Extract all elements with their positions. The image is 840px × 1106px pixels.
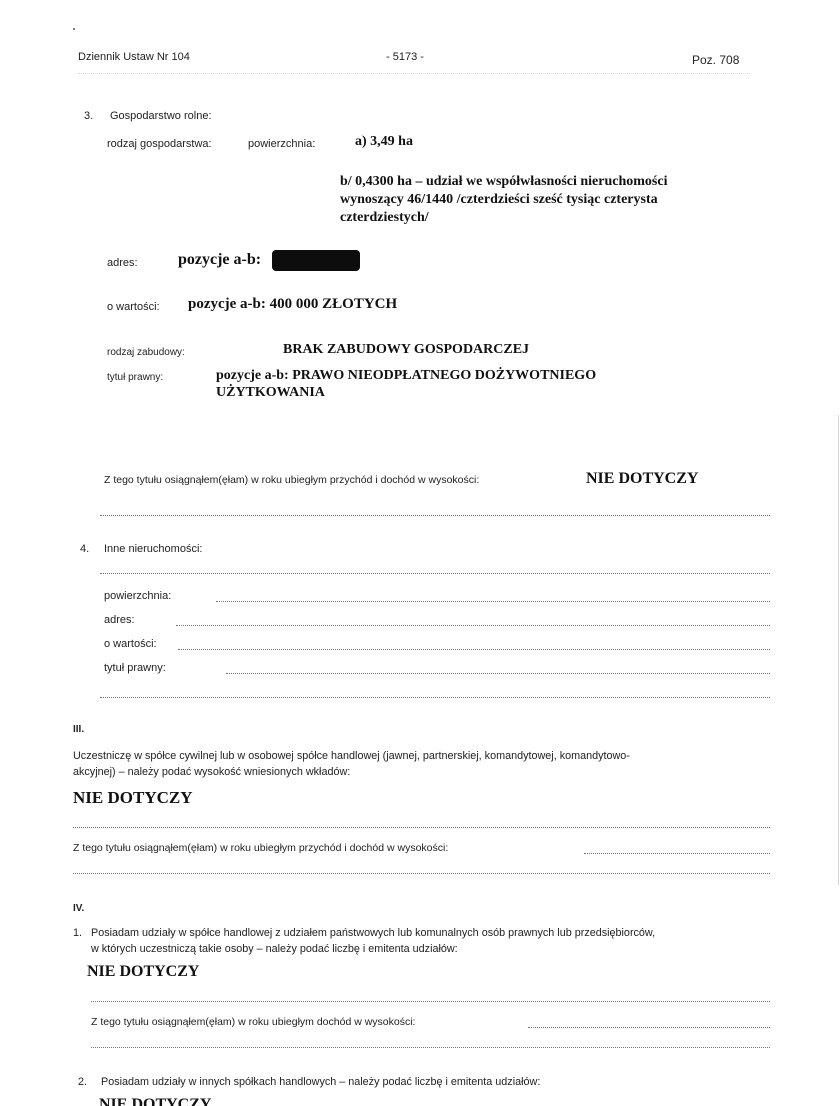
item4-legal-title-label: tytuł prawny: [104, 662, 166, 674]
iv-item1-answer: NIE DOTYCZY [87, 963, 199, 981]
address-value: pozycje a-b: [178, 251, 261, 269]
iv-item1-dotline-1 [91, 1000, 770, 1002]
item4-title: Inne nieruchomości: [104, 543, 202, 555]
item4-legal-title-field [226, 672, 770, 674]
area-label: powierzchnia: [248, 138, 315, 150]
legal-title-line2: UŻYTKOWANIA [216, 385, 325, 401]
section-iii-dotline-1 [73, 826, 770, 828]
value-label: o wartości: [107, 301, 160, 313]
item4-address-field [176, 624, 770, 626]
section-iii-text-line2: akcyjnej) – należy podać wysokość wniesi… [73, 766, 350, 778]
page-number: - 5173 - [386, 51, 424, 63]
item3-title: Gospodarstwo rolne: [110, 110, 212, 122]
item4-dotline-1 [100, 572, 770, 574]
iv-item1-text-line1: Posiadam udziały w spółce handlowej z ud… [91, 927, 655, 939]
iv-item2-number: 2. [78, 1076, 87, 1088]
iv-item1-text-line2: w których uczestniczą takie osoby – nale… [91, 943, 458, 955]
iv-item2-text: Posiadam udziały w innych spółkach handl… [101, 1076, 540, 1088]
area-b-line1: b/ 0,4300 ha – udział we współwłasności … [340, 174, 667, 190]
building-value: BRAK ZABUDOWY GOSPODARCZEJ [283, 342, 529, 358]
journal-title: Dziennik Ustaw Nr 104 [78, 51, 190, 63]
area-b-line2: wynoszący 46/1440 /czterdzieści sześć ty… [340, 192, 658, 208]
legal-title-label: tytuł prawny: [107, 372, 163, 383]
section-iii-text-line1: Uczestniczę w spółce cywilnej lub w osob… [73, 750, 630, 762]
iv-item1-dotline-2 [91, 1046, 770, 1048]
item3-income-dotline [100, 514, 770, 516]
redacted-address [272, 250, 360, 271]
item4-value-label: o wartości: [104, 638, 157, 650]
section-iii-answer: NIE DOTYCZY [73, 788, 193, 808]
address-label: adres: [107, 257, 138, 269]
value-value: pozycje a-b: 400 000 ZŁOTYCH [188, 296, 397, 313]
item4-area-label: powierzchnia: [104, 590, 171, 602]
item4-value-field [178, 648, 770, 650]
iv-item1-income-label: Z tego tytułu osiągnąłem(ęłam) w roku ub… [91, 1016, 415, 1028]
item4-dotline-2 [100, 696, 770, 698]
iv-item1-income-field [528, 1026, 770, 1028]
section-iv-heading: IV. [73, 903, 84, 914]
legal-title-line1: pozycje a-b: PRAWO NIEODPŁATNEGO DOŻYWOT… [216, 368, 596, 384]
iv-item1-number: 1. [73, 927, 82, 939]
area-b-line3: czterdziestych/ [340, 210, 429, 226]
section-iii-income-field [584, 852, 770, 854]
item4-number: 4. [80, 543, 89, 555]
position-number: Poz. 708 [692, 53, 739, 67]
scan-edge-line [838, 415, 839, 885]
section-iii-income-label: Z tego tytułu osiągnąłem(ęłam) w roku ub… [73, 842, 448, 854]
item3-income-label: Z tego tytułu osiągnąłem(ęłam) w roku ub… [104, 474, 479, 486]
area-a-value: a) 3,49 ha [355, 134, 413, 150]
item3-number: 3. [84, 110, 93, 122]
item4-area-field [216, 600, 770, 602]
section-iii-heading: III. [73, 724, 84, 735]
section-iii-dotline-2 [73, 872, 770, 874]
building-label: rodzaj zabudowy: [107, 347, 185, 358]
farm-type-label: rodzaj gospodarstwa: [107, 138, 212, 150]
item4-address-label: adres: [104, 614, 135, 626]
iv-item2-answer: NIE DOTYCZY [99, 1096, 211, 1106]
document-page: Dziennik Ustaw Nr 104 - 5173 - Poz. 708 … [0, 0, 840, 1106]
header-rule [78, 72, 750, 74]
item3-income-value: NIE DOTYCZY [586, 470, 698, 488]
scan-speck [73, 28, 75, 30]
